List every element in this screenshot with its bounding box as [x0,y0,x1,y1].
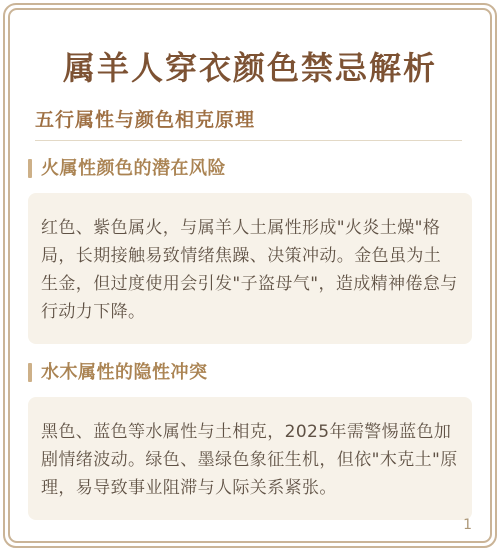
subsection-heading-water-wood: 水木属性的隐性冲突 [41,362,208,383]
subsection-water-wood: 水木属性的隐性冲突 [28,362,490,383]
page-title: 属羊人穿衣颜色禁忌解析 [20,48,480,88]
section-divider [35,140,462,141]
page-number: 1 [463,517,472,533]
subsection-fire: 火属性颜色的潜在风险 [28,158,490,179]
article-card: 属羊人穿衣颜色禁忌解析 五行属性与颜色相克原理 火属性颜色的潜在风险 红色、紫色… [0,0,500,551]
text-box-water-wood: 黑色、蓝色等水属性与土相克，2025年需警惕蓝色加剧情绪波动。绿色、墨绿色象征生… [28,397,472,520]
accent-bar-icon [28,363,32,382]
accent-bar-icon [28,159,32,178]
body-text-water-wood: 黑色、蓝色等水属性与土相克，2025年需警惕蓝色加剧情绪波动。绿色、墨绿色象征生… [41,418,458,502]
subsection-heading-fire: 火属性颜色的潜在风险 [41,158,226,179]
card-content: 属羊人穿衣颜色禁忌解析 五行属性与颜色相克原理 火属性颜色的潜在风险 红色、紫色… [10,10,490,541]
body-text-fire: 红色、紫色属火，与属羊人土属性形成"火炎土燥"格局，长期接触易致情绪焦躁、决策冲… [41,214,458,326]
section-heading: 五行属性与颜色相克原理 [35,109,490,131]
text-box-fire: 红色、紫色属火，与属羊人土属性形成"火炎土燥"格局，长期接触易致情绪焦躁、决策冲… [28,193,472,344]
